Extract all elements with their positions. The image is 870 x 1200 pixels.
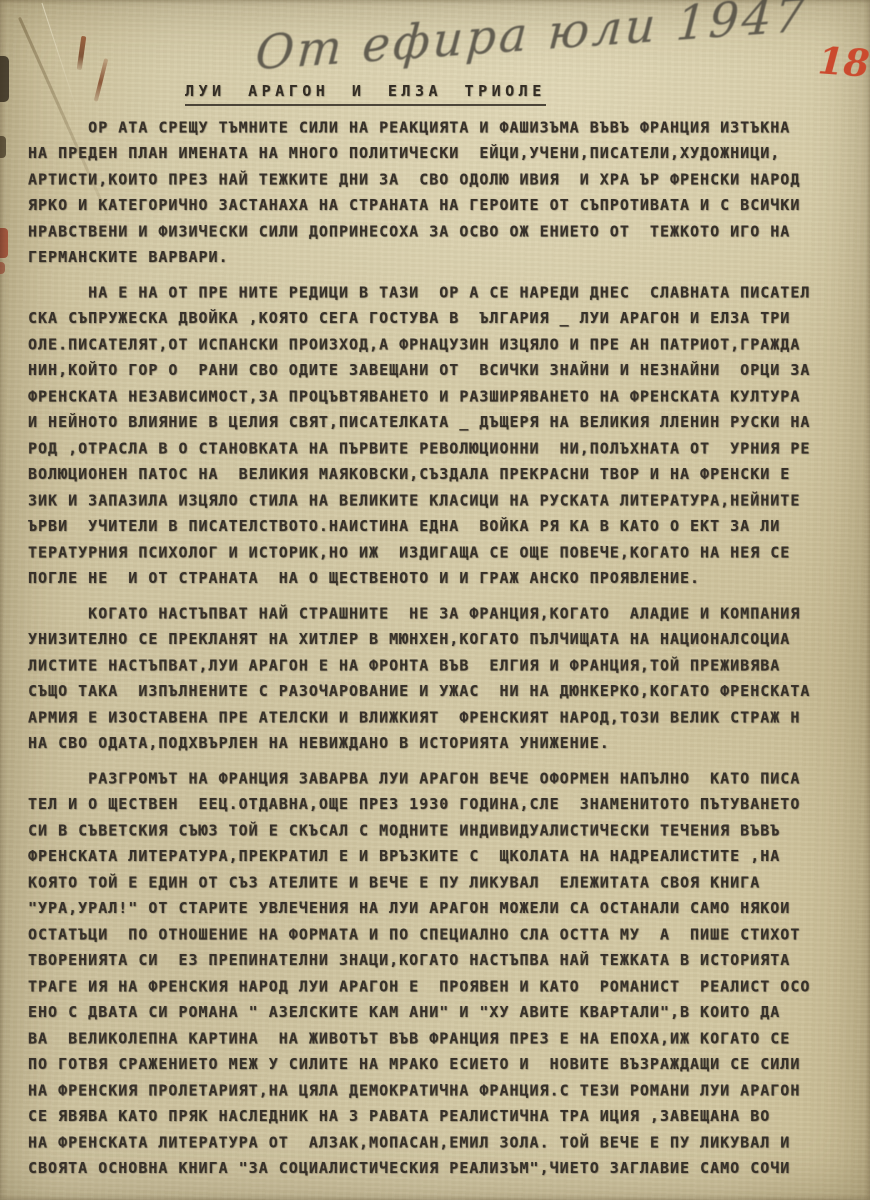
typed-line: ТЕРАТУРНИЯ ПСИХОЛОГ И ИСТОРИК,НО ИЖ ИЗДИ… [28,540,858,566]
typed-line: И НЕЙНОТО ВЛИЯНИЕ В ЦЕЛИЯ СВЯТ,ПИСАТЕЛКА… [28,409,858,435]
typed-line: ОР АТА СРЕЩУ ТЪМНИТЕ СИЛИ НА РЕАКЦИЯТА И… [28,115,858,141]
scanned-document-page: От ефира юли 1947 18 ЛУИ АРАГОН И ЕЛЗА Т… [0,0,870,1200]
typed-line: НА СВО ОДАТА,ПОДХВЪРЛЕН НА НЕВИЖДАНО В И… [28,730,858,756]
document-title: ЛУИ АРАГОН И ЕЛЗА ТРИОЛЕ [185,82,546,106]
document-body: ОР АТА СРЕЩУ ТЪМНИТЕ СИЛИ НА РЕАКЦИЯТА И… [28,114,858,1190]
typed-line: ОЛЕ.ПИСАТЕЛЯТ,ОТ ИСПАНСКИ ПРОИЗХОД,А ФРН… [28,332,858,358]
paragraph: РАЗГРОМЪТ НА ФРАНЦИЯ ЗАВАРВА ЛУИ АРАГОН … [28,765,858,1181]
typed-line: КОГАТО НАСТЪПВАТ НАЙ СТРАШНИТЕ НЕ ЗА ФРА… [28,601,858,627]
typed-line: ЛИСТИТЕ НАСТЪПВАТ,ЛУИ АРАГОН Е НА ФРОНТА… [28,653,858,679]
typed-line: ЯРКО И КАТЕГОРИЧНО ЗАСТАНАХА НА СТРАНАТА… [28,192,858,218]
typed-line: СВОЯТА ОСНОВНА КНИГА "ЗА СОЦИАЛИСТИЧЕСКИ… [28,1155,858,1181]
paragraph: НА Е НА ОТ ПРЕ НИТЕ РЕДИЦИ В ТАЗИ ОР А С… [28,279,858,591]
typed-line: СИ В СЪВЕТСКИЯ СЪЮЗ ТОЙ Е СКЪСАЛ С МОДНИ… [28,818,858,844]
typed-line: ЕНО С ДВАТА СИ РОМАНА " АЗЕЛСКИТЕ КАМ АН… [28,999,858,1025]
typed-line: ТРАГЕ ИЯ НА ФРЕНСКИЯ НАРОД ЛУИ АРАГОН Е … [28,974,858,1000]
typed-line: ВОЛЮЦИОНЕН ПАТОС НА ВЕЛИКИЯ МАЯКОВСКИ,СЪ… [28,461,858,487]
edge-ink-mark [0,56,9,102]
rust-stain-mark [94,58,109,102]
typed-line: РАЗГРОМЪТ НА ФРАНЦИЯ ЗАВАРВА ЛУИ АРАГОН … [28,766,858,792]
edge-red-mark [0,262,5,274]
handwritten-annotation: От ефира юли 1947 [254,0,836,81]
edge-red-mark [0,228,8,258]
page-number: 18 [817,38,870,85]
rust-stain-mark [77,36,87,70]
typed-line: РОД ,ОТРАСЛА В О СТАНОВКАТА НА ПЪРВИТЕ Р… [28,436,858,462]
edge-ink-mark [0,136,6,158]
typed-line: ПО ГОТВЯ СРАЖЕНИЕТО МЕЖ У СИЛИТЕ НА МРАК… [28,1051,858,1077]
typed-line: НА ФРЕНСКАТА ЛИТЕРАТУРА ОТ АЛЗАК,МОПАСАН… [28,1130,858,1156]
typed-line: НА ФРЕНСКИЯ ПРОЛЕТАРИЯТ,НА ЦЯЛА ДЕМОКРАТ… [28,1078,858,1104]
typed-line: ОСТАТЪЦИ ПО ОТНОШЕНИЕ НА ФОРМАТА И ПО СП… [28,922,858,948]
typed-line: ТЕЛ И О ЩЕСТВЕН ЕЕЦ.ОТДАВНА,ОЩЕ ПРЕЗ 193… [28,791,858,817]
typed-line: ЗИК И ЗАПАЗИЛА ИЗЦЯЛО СТИЛА НА ВЕЛИКИТЕ … [28,488,858,514]
typed-line: СКА СЪПРУЖЕСКА ДВОЙКА ,КОЯТО СЕГА ГОСТУВ… [28,305,858,331]
typed-line: АРТИСТИ,КОИТО ПРЕЗ НАЙ ТЕЖКИТЕ ДНИ ЗА СВ… [28,167,858,193]
typed-line: ЪРВИ УЧИТЕЛИ В ПИСАТЕЛСТВОТО.НАИСТИНА ЕД… [28,513,858,539]
typed-line: СЪЩО ТАКА ИЗПЪЛНЕНИТЕ С РАЗОЧАРОВАНИЕ И … [28,678,858,704]
typed-line: АРМИЯ Е ИЗОСТАВЕНА ПРЕ АТЕЛСКИ И ВЛИЖКИЯ… [28,705,858,731]
typed-line: ТВОРЕНИЯТА СИ ЕЗ ПРЕПИНАТЕЛНИ ЗНАЦИ,КОГА… [28,947,858,973]
typed-line: НА Е НА ОТ ПРЕ НИТЕ РЕДИЦИ В ТАЗИ ОР А С… [28,280,858,306]
typed-line: ФРЕНСКАТА НЕЗАВИСИМОСТ,ЗА ПРОЦЪВТЯВАНЕТО… [28,384,858,410]
typed-line: СЕ ЯВЯВА КАТО ПРЯК НАСЛЕДНИК НА З РАВАТА… [28,1103,858,1129]
typed-line: КОЯТО ТОЙ Е ЕДИН ОТ СЪЗ АТЕЛИТЕ И ВЕЧЕ Е… [28,870,858,896]
fold-crease-highlight [41,3,79,117]
paragraph: ОР АТА СРЕЩУ ТЪМНИТЕ СИЛИ НА РЕАКЦИЯТА И… [28,114,858,270]
typed-line: УНИЗИТЕЛНО СЕ ПРЕКЛАНЯТ НА ХИТЛЕР В МЮНХ… [28,626,858,652]
typed-line: "УРА,УРАЛ!" ОТ СТАРИТЕ УВЛЕЧЕНИЯ НА ЛУИ … [28,895,858,921]
typed-line: НРАВСТВЕНИ И ФИЗИЧЕСКИ СИЛИ ДОПРИНЕСОХА … [28,219,858,245]
typed-line: НИН,КОЙТО ГОР О РАНИ СВО ОДИТЕ ЗАВЕЩАНИ … [28,357,858,383]
typed-line: ФРЕНСКАТА ЛИТЕРАТУРА,ПРЕКРАТИЛ Е И ВРЪЗК… [28,843,858,869]
typed-line: НА ПРЕДЕН ПЛАН ИМЕНАТА НА МНОГО ПОЛИТИЧЕ… [28,140,858,166]
paragraph: КОГАТО НАСТЪПВАТ НАЙ СТРАШНИТЕ НЕ ЗА ФРА… [28,600,858,756]
typed-line: ГЕРМАНСКИТЕ ВАРВАРИ. [28,244,858,270]
typed-line: ПОГЛЕ НЕ И ОТ СТРАНАТА НА О ЩЕСТВЕНОТО И… [28,565,858,591]
typed-line: ВА ВЕЛИКОЛЕПНА КАРТИНА НА ЖИВОТЪТ ВЪВ ФР… [28,1026,858,1052]
